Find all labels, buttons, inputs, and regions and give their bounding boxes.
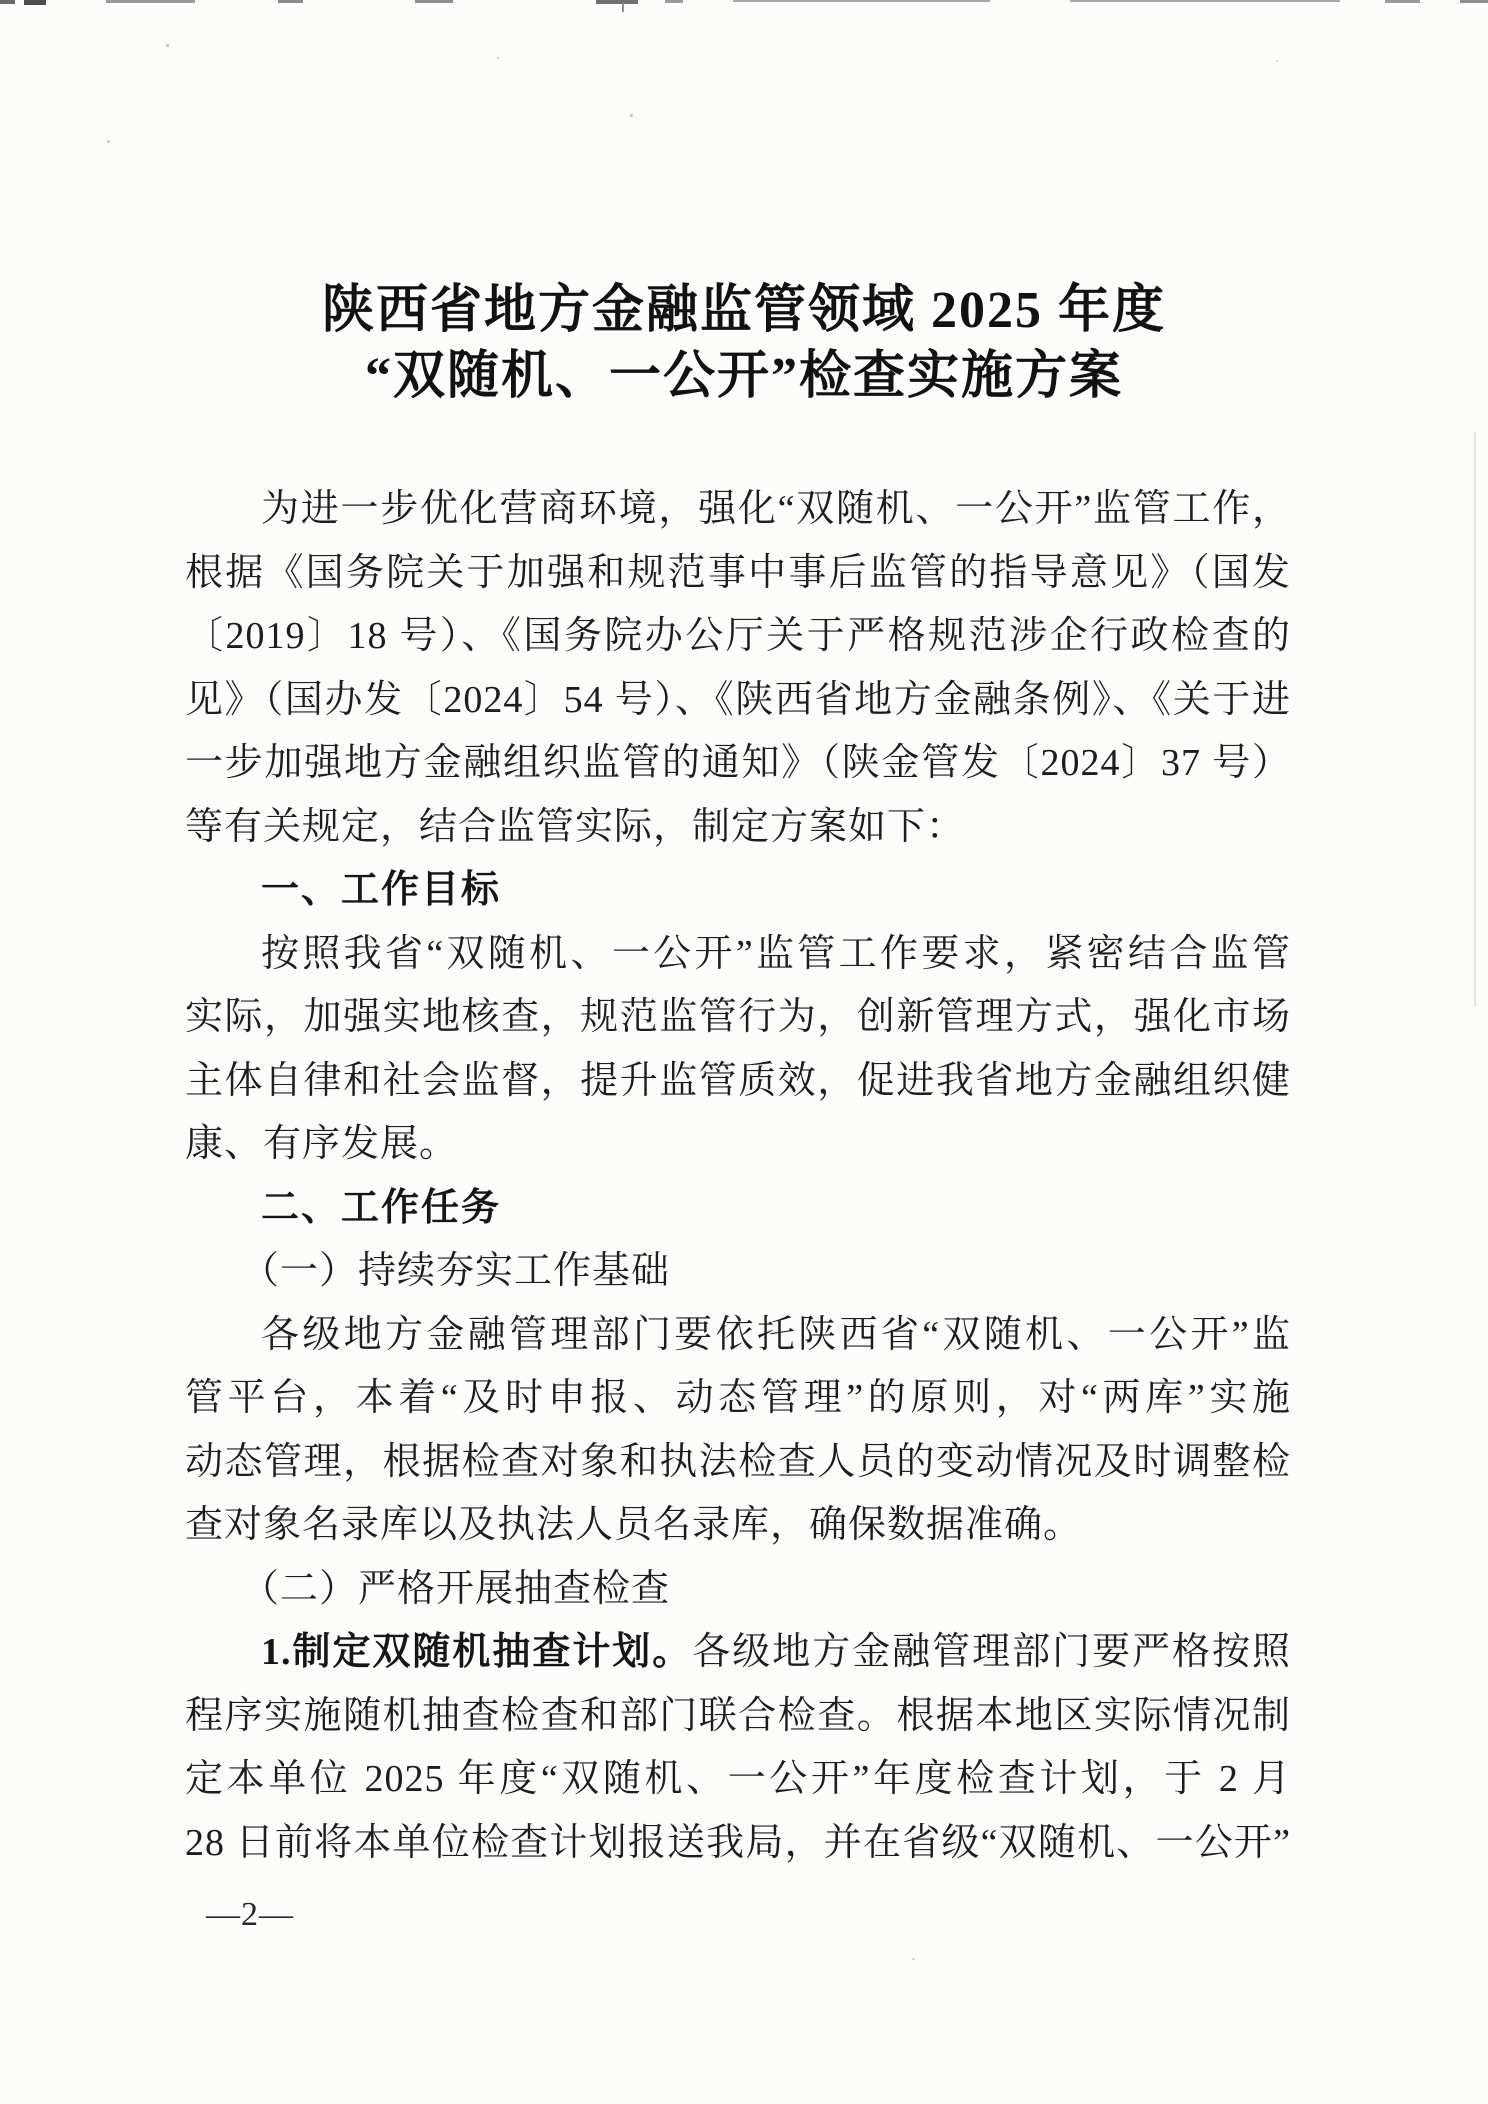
scanned-document-page: { "document": { "title": { "line1": "陕西省… (0, 0, 1488, 2104)
body-line: 康、有序发展。 (185, 1113, 1291, 1177)
body-line: 动态管理，根据检查对象和执法检查人员的变动情况及时调整检 (185, 1431, 1291, 1495)
scan-edge-artifact (106, 0, 195, 3)
page-number: —2— (206, 1896, 294, 1934)
scan-speck (912, 1958, 915, 1960)
body-line: 见》（国办发〔2024〕54 号）、《陕西省地方金融条例》、《关于进 (185, 669, 1291, 733)
scan-speck (497, 57, 499, 59)
body-line: 28 日前将本单位检查计划报送我局，并在省级“双随机、一公开” (185, 1812, 1291, 1876)
numbered-item-lead: 1.制定双随机抽查计划。 (261, 1631, 692, 1673)
scan-speck (630, 114, 633, 117)
body-line: 各级地方金融管理部门要依托陕西省“双随机、一公开”监 (185, 1304, 1291, 1368)
body-line: 程序实施随机抽查检查和部门联合检查。根据本地区实际情况制 (185, 1685, 1291, 1749)
body-line-text: 各级地方金融管理部门要严格按照 (692, 1631, 1291, 1673)
body-line: 为进一步优化营商环境，强化“双随机、一公开”监管工作， (185, 478, 1291, 542)
body-line: 定本单位 2025 年度“双随机、一公开”年度检查计划，于 2 月 (185, 1748, 1291, 1812)
scan-edge-artifact (0, 0, 15, 4)
scan-edge-artifact (733, 0, 990, 2)
scan-speck (1276, 60, 1278, 62)
scan-edge-artifact (415, 0, 453, 3)
scan-edge-artifact (622, 3, 624, 12)
document-title: 陕西省地方金融监管领域 2025 年度 “双随机、一公开”检查实施方案 (0, 278, 1488, 410)
scan-speck (166, 44, 169, 47)
document-title-line-2: “双随机、一公开”检查实施方案 (0, 344, 1488, 410)
body-line: 实际，加强实地核查，规范监管行为，创新管理方式，强化市场 (185, 986, 1291, 1050)
scan-edge-artifact (665, 0, 683, 3)
sub-heading: （二）严格开展抽查检查 (185, 1558, 1291, 1622)
scan-edge-artifact (24, 0, 46, 5)
section-heading: 一、工作目标 (185, 859, 1291, 923)
body-line: 1.制定双随机抽查计划。各级地方金融管理部门要严格按照 (185, 1621, 1291, 1685)
scan-speck (107, 140, 110, 143)
scan-edge-artifact (278, 0, 303, 3)
body-line: 查对象名录库以及执法人员名录库，确保数据准确。 (185, 1494, 1291, 1558)
sub-heading: （一）持续夯实工作基础 (185, 1240, 1291, 1304)
section-heading: 二、工作任务 (185, 1177, 1291, 1241)
scan-edge-artifact (596, 0, 638, 4)
document-body: 为进一步优化营商环境，强化“双随机、一公开”监管工作， 根据《国务院关于加强和规… (185, 478, 1291, 1875)
body-line: 主体自律和社会监督，提升监管质效，促进我省地方金融组织健 (185, 1050, 1291, 1114)
scan-page-edge-shadow (1474, 432, 1476, 1007)
body-line: 〔2019〕18 号）、《国务院办公厅关于严格规范涉企行政检查的意 (185, 605, 1291, 669)
body-line: 按照我省“双随机、一公开”监管工作要求，紧密结合监管 (185, 923, 1291, 987)
scan-edge-artifact (1070, 0, 1340, 2)
body-line: 等有关规定，结合监管实际，制定方案如下： (185, 796, 1291, 860)
body-line: 管平台，本着“及时申报、动态管理”的原则，对“两库”实施 (185, 1367, 1291, 1431)
body-line: 一步加强地方金融组织监管的通知》（陕金管发〔2024〕37 号） (185, 732, 1291, 796)
scan-edge-artifact (1385, 0, 1420, 3)
document-title-line-1: 陕西省地方金融监管领域 2025 年度 (0, 278, 1488, 344)
scan-edge-artifact (1460, 0, 1488, 3)
body-line: 根据《国务院关于加强和规范事中事后监管的指导意见》（国发 (185, 542, 1291, 606)
